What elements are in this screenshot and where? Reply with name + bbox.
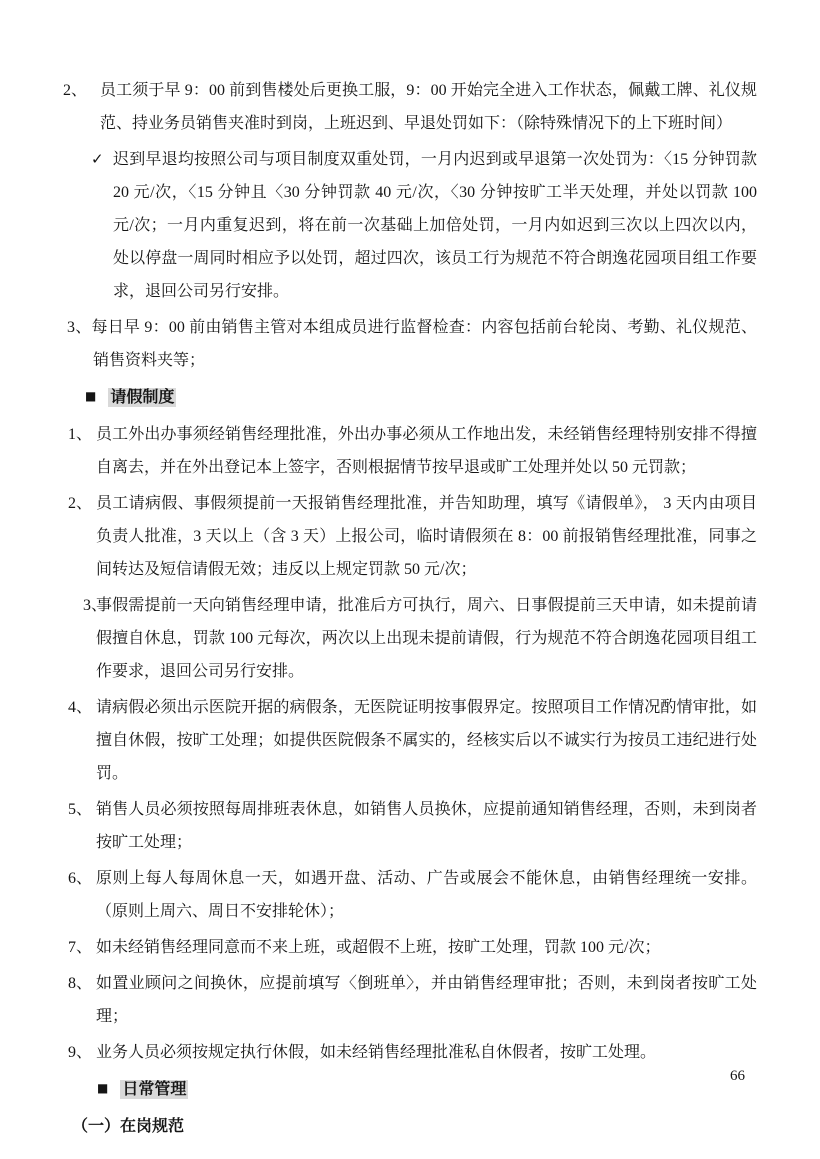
document-page: { "highlight_color": "#d9d9d9", "continu… [0, 0, 820, 1159]
list-item: 6、原则上每人每周休息一天，如遇开盘、活动、广告或展会不能休息，由销售经理统一安… [63, 862, 757, 928]
square-bullet-icon: ■ [85, 389, 96, 403]
list-marker: 2、 [68, 487, 96, 520]
section-title: 日常管理 [120, 1080, 188, 1099]
section-heading-leave-policy: ■请假制度 [85, 381, 757, 415]
list-item-text: 如未经销售经理同意而不来上班，或超假不上班，按旷工处理，罚款 100 元/次； [96, 939, 660, 956]
list-marker: 9、 [68, 1036, 96, 1069]
list-item: 5、销售人员必须按照每周排班表休息，如销售人员换休，应提前通知销售经理，否则，未… [63, 793, 757, 859]
list-item-text: 原则上每人每周休息一天，如遇开盘、活动、广告或展会不能休息，由销售经理统一安排。… [96, 870, 757, 920]
list-item-text: 每日早 9：00 前由销售主管对本组成员进行监督检查：内容包括前台轮岗、考勤、礼… [91, 319, 757, 369]
list-item: 9、业务人员必须按规定执行休假，如未经销售经理批准私自休假者，按旷工处理。 [63, 1036, 757, 1069]
list-marker: 7、 [68, 931, 96, 964]
list-item-text: 员工请病假、事假须提前一天报销售经理批准，并告知助理，填写《请假单》， 3 天内… [96, 495, 757, 578]
list-marker: 3、 [83, 589, 111, 622]
list-marker: 1、 [68, 418, 96, 451]
list-item: 8、如置业顾问之间换休，应提前填写〈倒班单〉，并由销售经理审批；否则，未到岗者按… [63, 967, 757, 1033]
list-marker: 2、 [63, 74, 100, 107]
list-item-text: 员工须于早 9：00 前到售楼处后更换工服，9：00 开始完全进入工作状态，佩戴… [100, 82, 757, 132]
section-heading-daily-management: ■日常管理 [97, 1073, 757, 1107]
list-marker: 4、 [68, 691, 96, 724]
list-item-text: 业务人员必须按规定执行休假，如未经销售经理批准私自休假者，按旷工处理。 [96, 1044, 656, 1061]
list-item: 2、员工须于早 9：00 前到售楼处后更换工服，9：00 开始完全进入工作状态，… [63, 74, 757, 140]
list-marker: 5、 [68, 793, 96, 826]
list-item-text: 事假需提前一天向销售经理申请，批准后方可执行，周六、日事假提前三天申请，如未提前… [96, 597, 757, 680]
check-list-item: ✓迟到早退均按照公司与项目制度双重处罚，一月内迟到或早退第一次处罚为：〈15 分… [63, 143, 757, 308]
list-item-text: 如置业顾问之间换休，应提前填写〈倒班单〉，并由销售经理审批；否则，未到岗者按旷工… [96, 975, 757, 1025]
subsection-heading-on-duty-rules: （一）在岗规范 [72, 1110, 757, 1143]
list-item-text: 请病假必须出示医院开据的病假条，无医院证明按事假界定。按照项目工作情况酌情审批，… [96, 699, 757, 782]
list-item: 4、请病假必须出示医院开据的病假条，无医院证明按事假界定。按照项目工作情况酌情审… [63, 691, 757, 790]
check-bullet-icon: ✓ [91, 143, 113, 176]
list-item-text: 员工外出办事须经销售经理批准，外出办事必须从工作地出发，未经销售经理特别安排不得… [96, 426, 757, 476]
page-number: 66 [730, 1066, 745, 1086]
list-item: 2、员工请病假、事假须提前一天报销售经理批准，并告知助理，填写《请假单》， 3 … [63, 487, 757, 586]
list-marker: 6、 [68, 862, 96, 895]
document-body: 2、员工须于早 9：00 前到售楼处后更换工服，9：00 开始完全进入工作状态，… [63, 74, 757, 1143]
list-item: 3、每日早 9：00 前由销售主管对本组成员进行监督检查：内容包括前台轮岗、考勤… [67, 311, 757, 377]
square-bullet-icon: ■ [97, 1081, 108, 1095]
list-item-text: 迟到早退均按照公司与项目制度双重处罚，一月内迟到或早退第一次处罚为：〈15 分钟… [113, 151, 757, 300]
list-marker: 8、 [68, 967, 96, 1000]
list-item: 1、员工外出办事须经销售经理批准，外出办事必须从工作地出发，未经销售经理特别安排… [63, 418, 757, 484]
list-marker: 3、 [67, 319, 91, 336]
list-item: 7、如未经销售经理同意而不来上班，或超假不上班，按旷工处理，罚款 100 元/次… [63, 931, 757, 964]
list-item: 3、事假需提前一天向销售经理申请，批准后方可执行，周六、日事假提前三天申请，如未… [63, 589, 757, 688]
list-item-text: 销售人员必须按照每周排班表休息，如销售人员换休，应提前通知销售经理，否则，未到岗… [96, 801, 757, 851]
section-title: 请假制度 [108, 388, 176, 407]
